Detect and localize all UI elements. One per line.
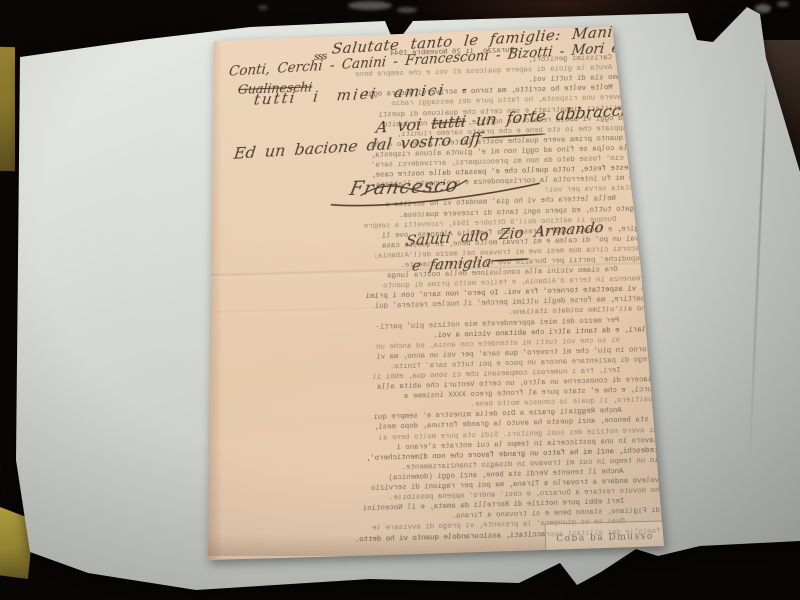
pen-flourish — [491, 258, 529, 262]
pen-flourish — [481, 133, 545, 139]
letter-sheet: Durazzo, li 26 Novembre 1944 Carissimi g… — [0, 0, 800, 600]
photo-of-letter: Durazzo, li 26 Novembre 1944 Carissimi g… — [0, 0, 800, 600]
stamp-box: Coba ba Dmusso — [545, 520, 666, 554]
signature-flourish — [322, 165, 551, 217]
signature: Francesco — [348, 174, 461, 200]
stamp-text: Coba ba Dmusso — [556, 531, 654, 544]
letter-sheet-shadow: Durazzo, li 26 Novembre 1944 Carissimi g… — [0, 0, 800, 600]
